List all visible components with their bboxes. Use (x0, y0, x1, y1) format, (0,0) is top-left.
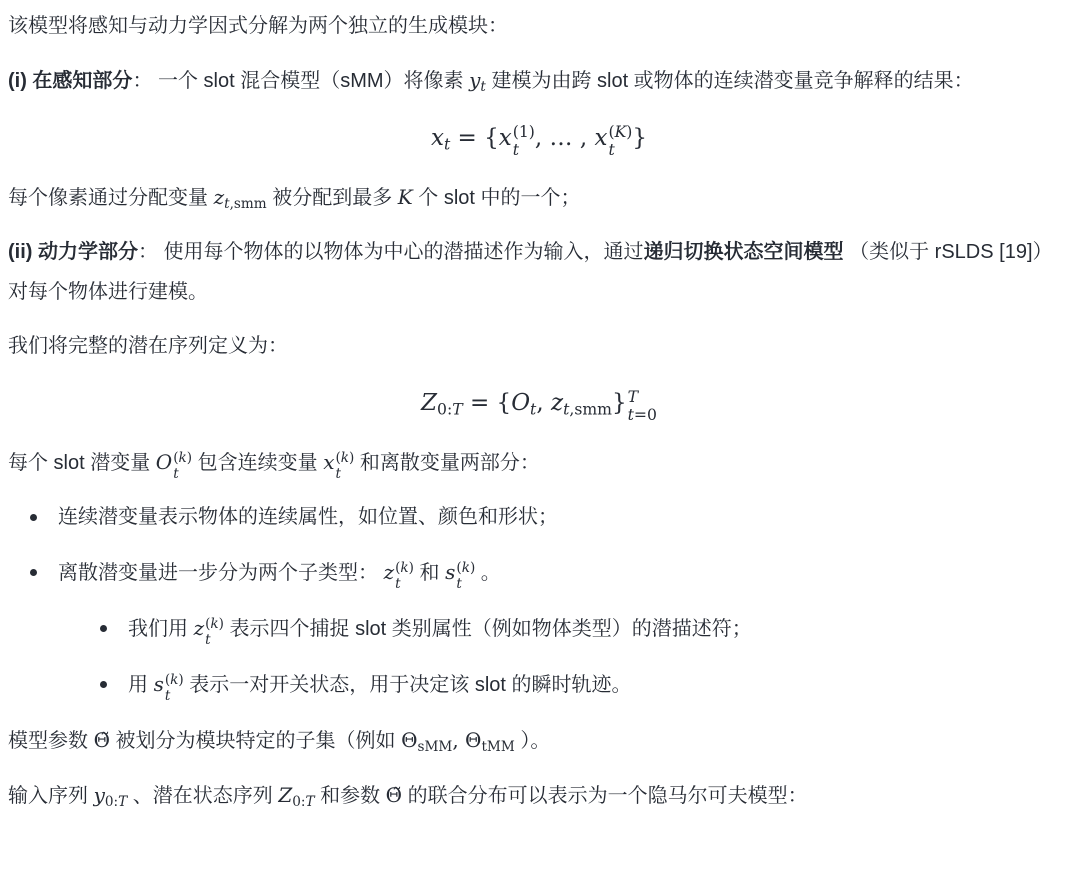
inline-math: z(k)t (384, 560, 414, 584)
inline-math: K (398, 185, 413, 209)
math-variable: s (154, 672, 164, 696)
math-variable: y (94, 783, 105, 807)
math-superscript: (k) (173, 451, 192, 467)
text-run: 模型参数 (8, 730, 94, 752)
list-item: 离散潜变量进一步分为两个子类型： z(k)t 和 s(k)t 。 (8, 552, 1070, 593)
text-run: 表示四个捕捉 slot 类别属性（例如物体类型）的潜描述符； (224, 618, 752, 640)
math-upright: 0: (437, 400, 452, 419)
math-variable: t (165, 688, 170, 704)
math-variable: z (194, 616, 205, 640)
list-item: 我们用 z(k)t 表示四个捕捉 slot 类别属性（例如物体类型）的潜描述符； (78, 608, 1070, 649)
text-run: 、潜在状态序列 (127, 785, 278, 807)
math-subscript: t (173, 467, 178, 483)
paragraph: 每个 slot 潜变量 O(k)t 包含连续变量 x(k)t 和离散变量两部分： (8, 442, 1070, 483)
inline-math: zt,smm (214, 185, 267, 209)
math-variable: t (205, 632, 210, 648)
math-supsub-stack: Tt=0 (628, 388, 657, 424)
math-upright: 0: (105, 794, 118, 810)
math-superscript: (k) (395, 561, 414, 577)
math-variable: T (305, 794, 314, 810)
text-run: 我们用 (128, 618, 194, 640)
math-upright: =0 (634, 405, 657, 424)
math-superscript: (k) (165, 673, 184, 689)
math-subscript: t,smm (224, 196, 267, 212)
math-variable: t (395, 576, 400, 592)
math-variable: O (511, 390, 530, 416)
text-run: 被分配到最多 (267, 187, 398, 209)
paragraph: (i) 在感知部分： 一个 slot 混合模型（sMM）将像素 yt 建模为由跨… (8, 60, 1070, 101)
math-supsub-stack: (1)t (513, 123, 535, 159)
math-variable: Z (278, 783, 292, 807)
formula-math: xt = {x(1)t, … , x(K)t} (431, 125, 647, 151)
math-variable: k (341, 450, 349, 466)
math-upright: ,smm (230, 196, 267, 212)
text-run: 我们将完整的潜在序列定义为： (8, 335, 288, 357)
text-run: 和 (414, 562, 445, 584)
math-variable: T (628, 387, 638, 406)
math-variable: y (469, 68, 480, 92)
math-subscript: 0:T (437, 400, 463, 419)
math-upright: Θ (465, 728, 481, 752)
math-upright: Θ̃ (386, 783, 402, 807)
math-variable: t (513, 140, 519, 159)
bullet-icon (100, 625, 107, 632)
inline-math: x(k)t (323, 450, 354, 474)
math-superscript: (k) (335, 451, 354, 467)
inline-math: O(k)t (156, 450, 192, 474)
math-subscript: t (395, 577, 400, 593)
inline-math: ΘsMM, ΘtMM (401, 728, 515, 752)
text-run: 和参数 (315, 785, 386, 807)
bold-text: (i) 在感知部分 (8, 70, 132, 92)
math-subscript: t,smm (563, 400, 612, 419)
math-upright: tMM (481, 739, 514, 755)
math-superscript: (k) (456, 561, 475, 577)
math-subscript: t (205, 633, 210, 649)
math-supsub-stack: (k)t (165, 673, 184, 704)
math-variable: K (615, 122, 627, 141)
math-upright: Θ (401, 728, 417, 752)
math-supsub-stack: (k)t (205, 617, 224, 648)
inline-math: s(k)t (154, 672, 184, 696)
bullet-icon (100, 681, 107, 688)
list-item-text: 离散潜变量进一步分为两个子类型： z(k)t 和 s(k)t 。 (37, 552, 501, 593)
list-item: 用 s(k)t 表示一对开关状态，用于决定该 slot 的瞬时轨迹。 (78, 664, 1070, 705)
math-upright: } (612, 390, 627, 416)
text-run: ： 使用每个物体的以物体为中心的潜描述作为输入，通过 (138, 241, 644, 263)
math-superscript: T (628, 388, 638, 406)
math-variable: K (398, 185, 413, 209)
math-variable: k (179, 450, 187, 466)
math-subscript: tMM (481, 739, 514, 755)
text-run: 的联合分布可以表示为一个隐马尔可夫模型： (402, 785, 808, 807)
paragraph: (ii) 动力学部分： 使用每个物体的以物体为中心的潜描述作为输入，通过递归切换… (8, 232, 1070, 312)
text-run: 建模为由跨 slot 或物体的连续潜变量竞争解释的结果： (486, 70, 974, 92)
list-item-text: 用 s(k)t 表示一对开关状态，用于决定该 slot 的瞬时轨迹。 (107, 664, 632, 705)
text-run: 个 slot 中的一个； (413, 187, 581, 209)
inline-math: yt (469, 68, 486, 92)
math-upright: 0: (292, 794, 305, 810)
math-subscript: t (513, 141, 519, 159)
math-variable: k (210, 616, 218, 632)
math-upright: , (536, 390, 551, 416)
math-upright: ,smm (569, 400, 612, 419)
bold-text: (ii) 动力学部分 (8, 241, 138, 263)
text-run: 连续潜变量表示物体的连续属性，如位置、颜色和形状； (58, 506, 558, 528)
paragraph: 每个像素通过分配变量 zt,smm 被分配到最多 K 个 slot 中的一个； (8, 177, 1070, 218)
math-variable: O (156, 450, 172, 474)
math-supsub-stack: (k)t (173, 451, 192, 482)
bullet-list: 连续潜变量表示物体的连续属性，如位置、颜色和形状；离散潜变量进一步分为两个子类型… (8, 497, 1070, 705)
math-superscript: (1) (513, 123, 535, 141)
math-upright: } (632, 125, 647, 151)
list-item-text: 连续潜变量表示物体的连续属性，如位置、颜色和形状； (37, 497, 558, 537)
paragraph: 该模型将感知与动力学因式分解为两个独立的生成模块： (8, 6, 1070, 46)
nested-bullet-list: 我们用 z(k)t 表示四个捕捉 slot 类别属性（例如物体类型）的潜描述符；… (78, 608, 1070, 705)
text-run: 每个 slot 潜变量 (8, 452, 156, 474)
text-run: 输入序列 (8, 785, 94, 807)
math-variable: z (214, 185, 225, 209)
list-item: 连续潜变量表示物体的连续属性，如位置、颜色和形状； (8, 497, 1070, 537)
inline-math: z(k)t (194, 616, 224, 640)
math-subscript: t (608, 141, 614, 159)
math-variable: t (456, 576, 461, 592)
formula-math: Z0:T = {Ot, zt,smm}Tt=0 (421, 390, 657, 416)
math-variable: z (551, 390, 563, 416)
inline-math: Θ̃ (386, 783, 402, 807)
math-variable: x (594, 125, 607, 151)
math-variable: T (118, 794, 127, 810)
math-superscript: (K) (608, 123, 632, 141)
text-run: 和离散变量两部分： (354, 452, 540, 474)
math-subscript: t (335, 467, 340, 483)
text-run: 该模型将感知与动力学因式分解为两个独立的生成模块： (8, 15, 508, 37)
math-supsub-stack: (k)t (395, 561, 414, 592)
text-run: 表示一对开关状态，用于决定该 slot 的瞬时轨迹。 (184, 674, 632, 696)
paragraph: 我们将完整的潜在序列定义为： (8, 326, 1070, 366)
math-variable: x (499, 125, 512, 151)
math-variable: z (384, 560, 395, 584)
math-subscript: 0:T (105, 794, 127, 810)
math-variable: x (323, 450, 334, 474)
inline-math: Θ̃ (94, 728, 110, 752)
math-upright: (1) (513, 122, 535, 141)
math-upright: = { (450, 125, 499, 151)
math-subscript: t (165, 689, 170, 705)
paragraph: 输入序列 y0:T 、潜在状态序列 Z0:T 和参数 Θ̃ 的联合分布可以表示为… (8, 775, 1070, 816)
math-subscript: sMM (418, 739, 453, 755)
text-run: ： 一个 slot 混合模型（sMM）将像素 (132, 70, 469, 92)
text-run: 包含连续变量 (192, 452, 323, 474)
math-variable: x (431, 125, 444, 151)
math-upright: , (452, 728, 465, 752)
math-subscript: t=0 (628, 406, 657, 424)
text-run: ）。 (515, 730, 551, 752)
math-subscript: t (456, 577, 461, 593)
text-run: 被划分为模块特定的子集（例如 (110, 730, 401, 752)
text-run: 每个像素通过分配变量 (8, 187, 214, 209)
inline-math: s(k)t (445, 560, 475, 584)
paragraph: 模型参数 Θ̃ 被划分为模块特定的子集（例如 ΘsMM, ΘtMM ）。 (8, 720, 1070, 761)
math-supsub-stack: (K)t (608, 123, 632, 159)
math-subscript: 0:T (292, 794, 314, 810)
math-variable: Z (421, 390, 437, 416)
list-item-text: 我们用 z(k)t 表示四个捕捉 slot 类别属性（例如物体类型）的潜描述符； (107, 608, 752, 649)
bullet-icon (30, 514, 37, 521)
document-body: 该模型将感知与动力学因式分解为两个独立的生成模块：(i) 在感知部分： 一个 s… (0, 0, 1080, 816)
math-variable: T (452, 400, 462, 419)
math-variable: t (335, 466, 340, 482)
text-run: 离散潜变量进一步分为两个子类型： (58, 562, 384, 584)
text-run: 用 (128, 674, 154, 696)
math-supsub-stack: (k)t (335, 451, 354, 482)
math-upright: , … , (535, 125, 595, 151)
math-supsub-stack: (k)t (456, 561, 475, 592)
text-run: 。 (475, 562, 501, 584)
bold-text: 递归切换状态空间模型 (644, 241, 844, 263)
display-formula: Z0:T = {Ot, zt,smm}Tt=0 (8, 380, 1070, 426)
math-variable: k (400, 560, 408, 576)
math-variable: k (462, 560, 470, 576)
math-variable: t (608, 140, 614, 159)
math-upright: = { (463, 390, 512, 416)
bullet-icon (30, 569, 37, 576)
math-variable: t (173, 466, 178, 482)
math-upright: sMM (418, 739, 453, 755)
math-upright: Θ̃ (94, 728, 110, 752)
display-formula: xt = {x(1)t, … , x(K)t} (8, 115, 1070, 161)
math-variable: s (445, 560, 455, 584)
math-superscript: (k) (205, 617, 224, 633)
inline-math: y0:T (94, 783, 128, 807)
inline-math: Z0:T (278, 783, 314, 807)
